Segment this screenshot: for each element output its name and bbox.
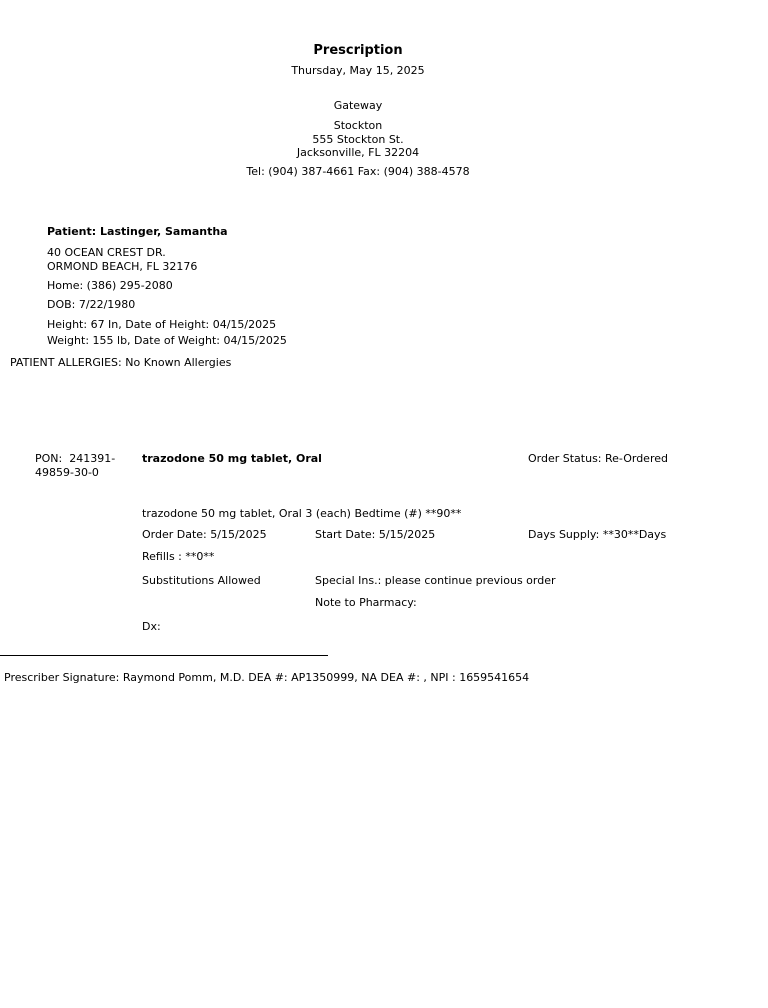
prescriber-signature-line: Prescriber Signature: Raymond Pomm, M.D.… — [4, 671, 529, 685]
document-date: Thursday, May 15, 2025 — [0, 64, 716, 78]
sig-directions: trazodone 50 mg tablet, Oral 3 (each) Be… — [142, 507, 461, 521]
patient-weight: Weight: 155 lb, Date of Weight: 04/15/20… — [47, 334, 287, 348]
patient-name: Lastinger, Samantha — [100, 225, 228, 238]
days-supply: Days Supply: **30**Days — [528, 528, 666, 542]
substitutions: Substitutions Allowed — [142, 574, 261, 588]
patient-allergies: PATIENT ALLERGIES: No Known Allergies — [10, 356, 231, 370]
order-status: Order Status: Re-Ordered — [528, 452, 668, 466]
clinic-city-state-zip: Jacksonville, FL 32204 — [0, 146, 716, 160]
patient-label: Patient: — [47, 225, 96, 238]
document-title: Prescription — [0, 44, 716, 58]
patient-height: Height: 67 In, Date of Height: 04/15/202… — [47, 318, 276, 332]
patient-header: Patient: Lastinger, Samantha — [47, 225, 228, 239]
clinic-name: Gateway — [0, 99, 716, 113]
patient-address-line1: 40 OCEAN CREST DR. — [47, 246, 166, 260]
patient-dob: DOB: 7/22/1980 — [47, 298, 135, 312]
order-pon: PON: 241391-49859-30-0 — [35, 452, 127, 480]
clinic-street-address: 555 Stockton St. — [0, 133, 716, 147]
clinic-site: Stockton — [0, 119, 716, 133]
patient-address-line2: ORMOND BEACH, FL 32176 — [47, 260, 197, 274]
start-date: Start Date: 5/15/2025 — [315, 528, 435, 542]
refills: Refills : **0** — [142, 550, 214, 564]
dx-label: Dx: — [142, 620, 161, 634]
special-instructions: Special Ins.: please continue previous o… — [315, 574, 556, 588]
prescription-document: Prescription Thursday, May 15, 2025 Gate… — [0, 0, 768, 1008]
drug-title: trazodone 50 mg tablet, Oral — [142, 452, 322, 466]
note-to-pharmacy: Note to Pharmacy: — [315, 596, 417, 610]
patient-home-phone: Home: (386) 295-2080 — [47, 279, 173, 293]
signature-rule — [0, 655, 328, 656]
order-date: Order Date: 5/15/2025 — [142, 528, 267, 542]
clinic-phone-fax: Tel: (904) 387-4661 Fax: (904) 388-4578 — [0, 165, 716, 179]
